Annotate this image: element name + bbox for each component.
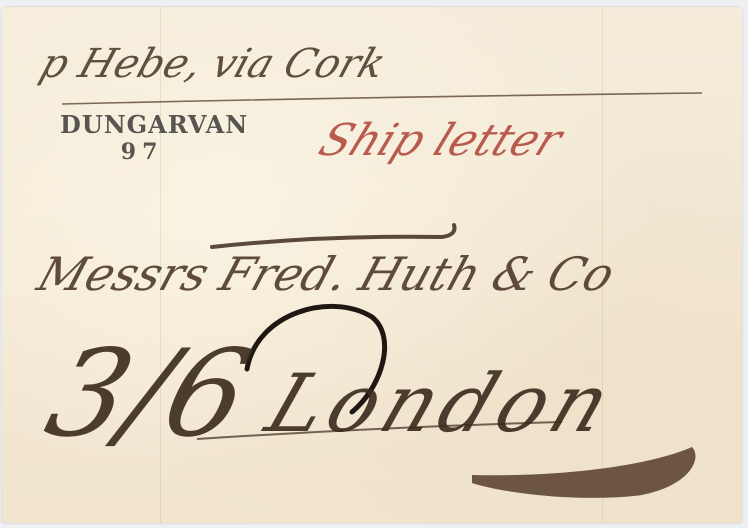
- postal-cover: DUNGARVAN 97 p Hebe, via Cork Ship lette…: [2, 7, 742, 523]
- postage-rate: 3/6: [33, 325, 263, 464]
- postmark-town: DUNGARVAN: [60, 111, 248, 139]
- route-endorsement: p Hebe, via Cork: [35, 41, 392, 87]
- destination-city: London: [255, 357, 629, 450]
- addressee: Messrs Fred. Huth & Co: [31, 247, 621, 301]
- postmark-mileage: 97: [36, 139, 248, 165]
- ship-letter-marking: Ship letter: [312, 115, 570, 166]
- dungarvan-postmark: DUNGARVAN 97: [60, 111, 248, 165]
